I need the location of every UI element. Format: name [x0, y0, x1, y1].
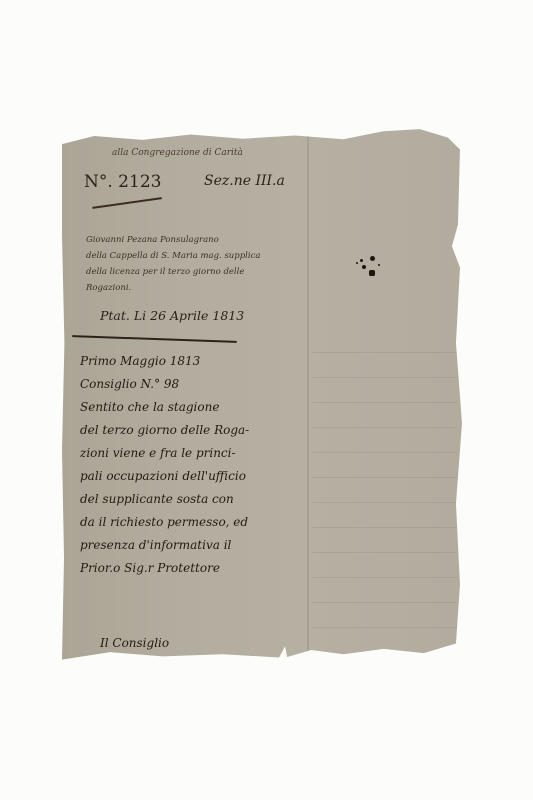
faint-ruled-lines	[312, 328, 457, 628]
number-underline	[92, 197, 162, 208]
decree-line: zioni viene e fra le princi-	[80, 442, 249, 465]
signature-council: Il Consiglio	[100, 636, 169, 650]
decree-text: Primo Maggio 1813 Consiglio N.° 98 Senti…	[80, 350, 249, 580]
margin-note: all'arch. Zuh	[74, 686, 115, 716]
page-number: 574.	[270, 699, 297, 713]
decree-line: del terzo giorno delle Roga-	[80, 419, 249, 442]
request-line: della Cappella di S. Maria mag. supplica	[86, 248, 260, 264]
margin-note-line: Zuh	[74, 701, 115, 716]
document-number: N°. 2123	[84, 172, 161, 192]
pencil-annotation: 2954	[390, 708, 402, 730]
signature-flourish	[174, 695, 230, 719]
decree-line: da il richiesto permesso, ed	[80, 511, 249, 534]
header-address: alla Congregazione di Carità	[112, 148, 243, 158]
section-label: Sez.ne III.a	[204, 173, 285, 189]
decree-line: Consiglio N.° 98	[80, 373, 249, 396]
paper-fold-line	[307, 128, 309, 665]
date-line: Ptat. Li 26 Aprile 1813	[100, 308, 244, 323]
request-text: Giovanni Pezana Ponsulagrano della Cappe…	[86, 232, 260, 296]
decree-line: Prior.o Sig.r Protettore	[80, 557, 249, 580]
request-line: della licenza per il terzo giorno delle	[86, 264, 260, 280]
signature-secretary: Il Segretario	[202, 676, 279, 690]
request-line: Giovanni Pezana Ponsulagrano	[86, 232, 260, 248]
decree-line: Sentito che la stagione	[80, 396, 249, 419]
decree-line: presenza d'informativa il	[80, 534, 249, 557]
section-divider	[72, 335, 237, 342]
faded-stamp	[84, 674, 144, 728]
request-line: Rogazioni.	[86, 280, 260, 296]
decree-line: pali occupazioni dell'ufficio	[80, 465, 249, 488]
decree-line: Primo Maggio 1813	[80, 350, 249, 373]
margin-note-line: all'arch.	[74, 686, 115, 701]
manuscript-sheet: alla Congregazione di Carità N°. 2123 Se…	[62, 128, 464, 665]
decree-line: del supplicante sosta con	[80, 488, 249, 511]
